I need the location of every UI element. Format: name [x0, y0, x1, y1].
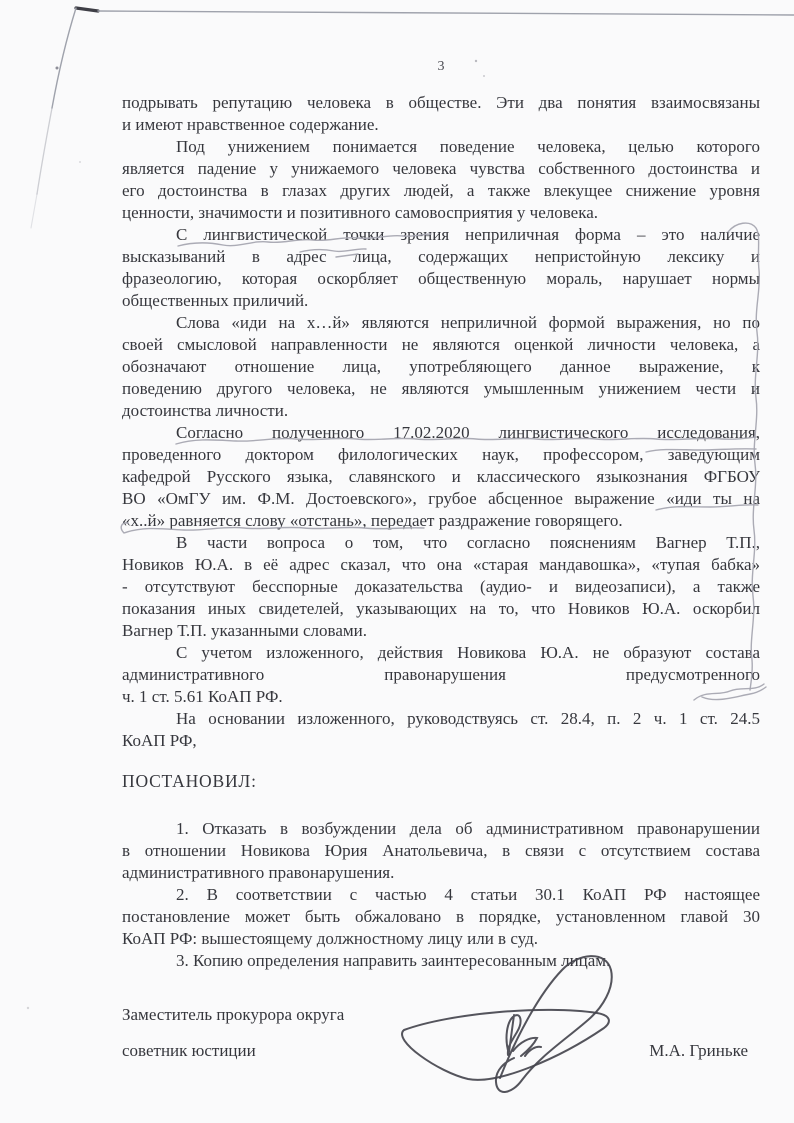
paragraph-line: На основании изложенного, руководствуясь…: [122, 708, 760, 730]
paragraph: С учетом изложенного, действия Новикова …: [122, 642, 760, 708]
paragraph: Под унижением понимается поведение челов…: [122, 136, 760, 224]
scan-speck: [79, 161, 81, 163]
paragraph: С лингвистической точки зрения неприличн…: [122, 224, 760, 312]
paragraph-line: С учетом изложенного, действия Новикова …: [122, 642, 760, 664]
paragraph-line: проведенного доктором филологических нау…: [122, 444, 760, 466]
paragraph-line: 2. В соответствии с частью 4 статьи 30.1…: [122, 884, 760, 906]
paragraph-line: Слова «иди на х…й» являются неприличной …: [122, 312, 760, 334]
paragraph-line: высказываний в адрес лица, содержащих не…: [122, 246, 760, 268]
paragraph-line: 1. Отказать в возбуждении дела об админи…: [122, 818, 760, 840]
paragraph-line: Согласно полученного 17.02.2020 лингвист…: [122, 422, 760, 444]
signer-name: М.А. Гриньке: [649, 1040, 748, 1062]
paragraph-line: фразеологию, которая оскорбляет обществе…: [122, 268, 760, 290]
paragraph-line: - отсутствуют бесспорные доказательства …: [122, 576, 760, 598]
resolution-heading: ПОСТАНОВИЛ:: [122, 770, 760, 792]
paragraph-line: Новиков Ю.А. в её адрес сказал, что она …: [122, 554, 760, 576]
paragraph-line: С лингвистической точки зрения неприличн…: [122, 224, 760, 246]
paragraph-line: 3. Копию определения направить заинтерес…: [122, 950, 760, 972]
paragraph: 2. В соответствии с частью 4 статьи 30.1…: [122, 884, 760, 950]
paragraph-line: ВО «ОмГУ им. Ф.М. Достоевского», грубое …: [122, 488, 760, 510]
paragraph-line: В части вопроса о том, что согласно пояс…: [122, 532, 760, 554]
paragraph-line: административного правонарушения.: [122, 862, 760, 884]
paragraph-line: КоАП РФ,: [122, 730, 760, 752]
signer-position: Заместитель прокурора округа советник юс…: [122, 1004, 344, 1062]
paragraph: На основании изложенного, руководствуясь…: [122, 708, 760, 752]
position-title-line: Заместитель прокурора округа: [122, 1004, 344, 1026]
paragraph: В части вопроса о том, что согласно пояс…: [122, 532, 760, 642]
paragraph-line: и имеют нравственное содержание.: [122, 114, 760, 136]
paragraph-line: ценности, значимости и позитивного самов…: [122, 202, 760, 224]
scan-speck: [56, 67, 59, 70]
paragraph: Согласно полученного 17.02.2020 лингвист…: [122, 422, 760, 532]
paragraph-line: поведению другого человека, не являются …: [122, 378, 760, 400]
paragraph-line: достоинства личности.: [122, 400, 760, 422]
paragraph-line: постановление может быть обжаловано в по…: [122, 906, 760, 928]
resolution-paragraphs: 1. Отказать в возбуждении дела об админи…: [122, 818, 760, 972]
paragraph: 1. Отказать в возбуждении дела об админи…: [122, 818, 760, 884]
paragraph: 3. Копию определения направить заинтерес…: [122, 950, 760, 972]
paragraph-line: кафедрой Русского языка, славянского и к…: [122, 466, 760, 488]
document-content: 3 подрывать репутацию человека в обществ…: [122, 56, 760, 1062]
scan-speck: [27, 1007, 29, 1009]
paragraph-line: КоАП РФ: вышестоящему должностному лицу …: [122, 928, 760, 950]
paragraph-line: ч. 1 ст. 5.61 КоАП РФ.: [122, 686, 760, 708]
paragraph-line: является падение у унижаемого человека ч…: [122, 158, 760, 180]
page-number: 3: [122, 56, 760, 78]
paragraph-line: в отношении Новикова Юрия Анатольевича, …: [122, 840, 760, 862]
paragraph: Слова «иди на х…й» являются неприличной …: [122, 312, 760, 422]
document-body-paragraphs: подрывать репутацию человека в обществе.…: [122, 92, 760, 752]
paragraph-line: подрывать репутацию человека в обществе.…: [122, 92, 760, 114]
paragraph-line: «х..й» равняется слову «отстань», переда…: [122, 510, 760, 532]
paragraph-line: Вагнер Т.П. указанными словами.: [122, 620, 760, 642]
paragraph-line: показания иных свидетелей, указывающих н…: [122, 598, 760, 620]
scanned-document-page: 3 подрывать репутацию человека в обществ…: [0, 0, 794, 1123]
paragraph-line: его достоинства в глазах других людей, а…: [122, 180, 760, 202]
paragraph: подрывать репутацию человека в обществе.…: [122, 92, 760, 136]
paragraph-line: общественных приличий.: [122, 290, 760, 312]
paragraph-line: своей смысловой направленности не являют…: [122, 334, 760, 356]
paragraph-line: обозначают отношение лица, употребляющег…: [122, 356, 760, 378]
paragraph-line: административного правонарушения предусм…: [122, 664, 760, 686]
paragraph-line: Под унижением понимается поведение челов…: [122, 136, 760, 158]
position-rank-line: советник юстиции: [122, 1040, 344, 1062]
signature-block: Заместитель прокурора округа советник юс…: [122, 1004, 760, 1062]
